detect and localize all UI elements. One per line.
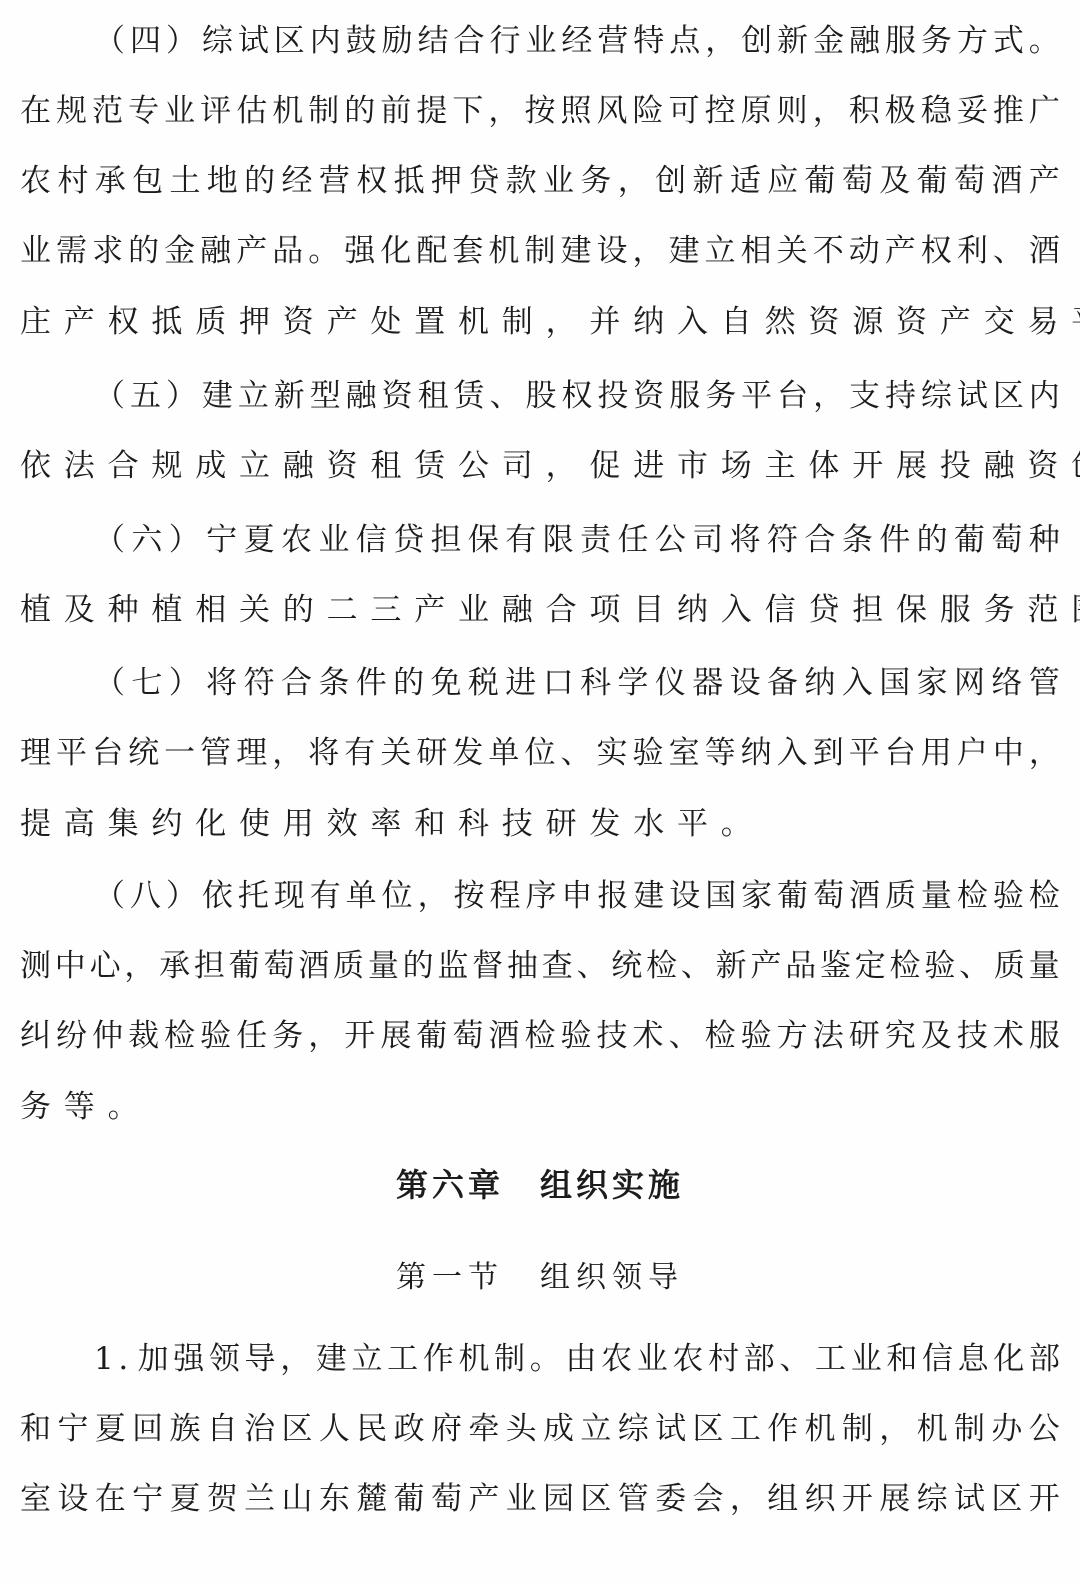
paragraph-item-7-line-2: 理平台统一管理，将有关研发单位、实验室等纳入到平台用户中，: [20, 731, 1060, 775]
paragraph-item-6-line-2: 植及种植相关的二三产业融合项目纳入信贷担保服务范围。: [20, 588, 1060, 632]
paragraph-item-7-line-1: （七）将符合条件的免税进口科学仪器设备纳入国家网络管: [94, 661, 1060, 705]
paragraph-item-4-line-1: （四）综试区内鼓励结合行业经营特点，创新金融服务方式。: [94, 19, 1060, 63]
section-heading: 第一节 组织领导: [0, 1254, 1080, 1302]
paragraph-item-4-line-5: 庄产权抵质押资产处置机制，并纳入自然资源资产交易平台。: [20, 300, 1060, 344]
paragraph-point-1-line-1: 1. 加强领导，建立工作机制。由农业农村部、工业和信息化部: [94, 1337, 1060, 1381]
paragraph-point-1-line-3: 室设在宁夏贺兰山东麓葡萄产业园区管委会，组织开展综试区开: [20, 1477, 1060, 1521]
paragraph-item-5-line-2: 依法合规成立融资租赁公司，促进市场主体开展投融资创新。: [20, 444, 1060, 488]
paragraph-point-1-line-2: 和宁夏回族自治区人民政府牵头成立综试区工作机制，机制办公: [20, 1407, 1060, 1451]
chapter-heading: 第六章 组织实施: [0, 1160, 1080, 1210]
paragraph-item-7-line-3: 提高集约化使用效率和科技研发水平。: [20, 802, 1060, 846]
paragraph-item-8-line-4: 务等。: [20, 1085, 1060, 1129]
paragraph-item-4-line-2: 在规范专业评估机制的前提下，按照风险可控原则，积极稳妥推广: [20, 89, 1060, 133]
paragraph-item-8-line-3: 纠纷仲裁检验任务，开展葡萄酒检验技术、检验方法研究及技术服: [20, 1014, 1060, 1058]
paragraph-item-4-line-3: 农村承包土地的经营权抵押贷款业务，创新适应葡萄及葡萄酒产: [20, 159, 1060, 203]
document-page: （四）综试区内鼓励结合行业经营特点，创新金融服务方式。 在规范专业评估机制的前提…: [0, 0, 1080, 1583]
paragraph-item-8-line-2: 测中心，承担葡萄酒质量的监督抽查、统检、新产品鉴定检验、质量: [20, 944, 1060, 988]
paragraph-item-8-line-1: （八）依托现有单位，按程序申报建设国家葡萄酒质量检验检: [94, 874, 1060, 918]
paragraph-item-4-line-4: 业需求的金融产品。强化配套机制建设，建立相关不动产权利、酒: [20, 229, 1060, 273]
paragraph-item-5-line-1: （五）建立新型融资租赁、股权投资服务平台，支持综试区内: [94, 374, 1060, 418]
paragraph-item-6-line-1: （六）宁夏农业信贷担保有限责任公司将符合条件的葡萄种: [94, 518, 1060, 562]
